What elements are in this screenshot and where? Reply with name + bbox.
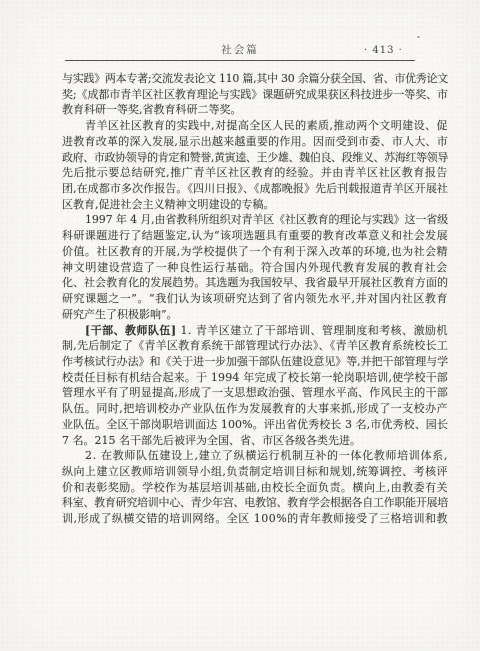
text-line: 与实践》两本专著;交流发表论文 110 篇,其中 30 余篇分获全国、省、市优秀… (62, 71, 448, 87)
line-text: 价值。社区教育的开展,为学校提供了一个有利于深入改革的环境,也为社会精 (62, 245, 448, 258)
line-text: 进教育改革的深入发展,显示出越来越重要的作用。因而受到市委、市人大、市 (62, 135, 448, 148)
body-text: 与实践》两本专著;交流发表论文 110 篇,其中 30 余篇分获全国、省、市优秀… (62, 71, 448, 527)
text-line: 神文明建设营造了一种良性运行基础。符合国内外现代教育发展的教育社会 (62, 260, 448, 276)
text-line: 队伍。同时,把培训校办产业队伍作为发展教育的大事来抓,形成了一支校办产 (62, 401, 448, 417)
line-text: 研究产生了积极影响”。 (62, 308, 178, 321)
text-line: 1997 年 4 月,由省教科所组织对青羊区《社区教育的理论与实践》这一省级 (62, 212, 448, 228)
text-line: 价和表彰奖励。学校作为基层培训基础,由校长全面负责。横向上,由教委有关 (62, 480, 448, 496)
text-line: [干部、教师队伍] 1. 青羊区建立了干部培训、管理制度和考核、激励机 (62, 323, 448, 339)
text-line: 进教育改革的深入发展,显示出越来越重要的作用。因而受到市委、市人大、市 (62, 134, 448, 150)
header-page-number: · 413 · (364, 44, 403, 57)
text-line: 训,形成了纵横交错的培训网络。全区 100%的青年教师接受了三格培训和教 (62, 511, 448, 527)
line-text: 化、社会教育化的发展趋势。其选题为我国较早、我省最早开展社区教育方面的 (62, 276, 448, 289)
line-text: 奖;《成都市青羊区社区教育理论与实践》课题研究成果获区科技进步一等奖、市 (62, 88, 448, 101)
text-line: 教育科研一等奖,省教育科研二等奖。 (62, 102, 448, 118)
text-line: 研究课题之一”。“我们认为该项研究达到了省内领先水平,并对国内社区教育 (62, 291, 448, 307)
header-section-title: 社会篇 (65, 43, 415, 57)
text-line: 价值。社区教育的开展,为学校提供了一个有利于深入改革的环境,也为社会精 (62, 244, 448, 260)
line-text: 团,在成都市多次作报告。《四川日报》、《成都晚报》先后刊载报道青羊区开展社 (62, 182, 448, 195)
line-text: 2. 在教师队伍建设上,建立了纵横运行机制互补的一体化教师培训体系, (85, 449, 448, 462)
text-line: 青羊区社区教育的实践中,对提高全区人民的素质,推动两个文明建设、促 (62, 118, 448, 134)
line-text: 教育科研一等奖,省教育科研二等奖。 (62, 103, 242, 116)
line-text: 科室、教育研究培训中心、青少年宫、电教馆、教育学会根据各自工作职能开展培 (62, 496, 448, 509)
text-line: 7 名。215 名干部先后被评为全国、省、市区各级各类先进。 (62, 433, 448, 449)
line-text: 先后批示要总结研究,推广青羊区社区教育的经验。并由青羊区社区教育报告 (62, 166, 448, 179)
header-rule (65, 60, 415, 61)
line-text: 价和表彰奖励。学校作为基层培训基础,由校长全面负责。横向上,由教委有关 (62, 481, 448, 494)
line-text: 管理水平有了明显提高,形成了一支思想政治强、管理水平高、作风民主的干部 (62, 386, 448, 399)
line-text: 业队伍。全区干部岗职培训面达 100%。评出省优秀校长 3 名,市优秀校、园长 (62, 418, 448, 431)
line-text: 队伍。同时,把培训校办产业队伍作为发展教育的大事来抓,形成了一支校办产 (62, 402, 448, 415)
scan-smudge (426, 513, 435, 518)
text-line: 作考核试行办法》和《关于进一步加强干部队伍建设意见》等,并把干部管理与学 (62, 354, 448, 370)
text-line: 科室、教育研究培训中心、青少年宫、电教馆、教育学会根据各自工作职能开展培 (62, 495, 448, 511)
text-line: 研究产生了积极影响”。 (62, 307, 448, 323)
text-line: 奖;《成都市青羊区社区教育理论与实践》课题研究成果获区科技进步一等奖、市 (62, 87, 448, 103)
text-line: 区教育,促进社会主义精神文明建设的专稿。 (62, 197, 448, 213)
line-text: 科研课题进行了结题鉴定,认为“该项选题具有重要的教育改革意义和社会发展 (62, 229, 448, 242)
line-text: 作考核试行办法》和《关于进一步加强干部队伍建设意见》等,并把干部管理与学 (62, 355, 448, 368)
line-text: 区教育,促进社会主义精神文明建设的专稿。 (62, 198, 275, 211)
text-line: 制,先后制定了《青羊区教育系统干部管理试行办法》、《青羊区教育系统校长工 (62, 338, 448, 354)
text-line: 校责任目标有机结合起来。于 1994 年完成了校长第一轮岗职培训,使学校干部 (62, 370, 448, 386)
line-text: 1. 青羊区建立了干部培训、管理制度和考核、激励机 (177, 324, 448, 337)
text-line: 管理水平有了明显提高,形成了一支思想政治强、管理水平高、作风民主的干部 (62, 385, 448, 401)
line-text: 7 名。215 名干部先后被评为全国、省、市区各级各类先进。 (62, 434, 361, 447)
scanned-page: 社会篇 · 413 · 与实践》两本专著;交流发表论文 110 篇,其中 30 … (0, 0, 480, 651)
section-heading: [干部、教师队伍] (85, 324, 177, 337)
line-text: 训,形成了纵横交错的培训网络。全区 100%的青年教师接受了三格培训和教 (62, 512, 448, 525)
text-line: 政府、市政协领导的肯定和赞誉,黄寅逵、王少雄、魏伯良、段维义、苏海红等领导 (62, 150, 448, 166)
line-text: 制,先后制定了《青羊区教育系统干部管理试行办法》、《青羊区教育系统校长工 (62, 339, 448, 352)
text-line: 业队伍。全区干部岗职培训面达 100%。评出省优秀校长 3 名,市优秀校、园长 (62, 417, 448, 433)
line-text: 校责任目标有机结合起来。于 1994 年完成了校长第一轮岗职培训,使学校干部 (62, 371, 448, 384)
line-text: 神文明建设营造了一种良性运行基础。符合国内外现代教育发展的教育社会 (62, 261, 448, 274)
scan-speck (417, 36, 420, 38)
line-text: 青羊区社区教育的实践中,对提高全区人民的素质,推动两个文明建设、促 (85, 119, 448, 132)
line-text: 研究课题之一”。“我们认为该项研究达到了省内领先水平,并对国内社区教育 (62, 292, 448, 305)
line-text: 政府、市政协领导的肯定和赞誉,黄寅逵、王少雄、魏伯良、段维义、苏海红等领导 (62, 151, 448, 164)
line-text: 纵向上建立区教师培训领导小组,负责制定培训目标和规划,统筹调控、考核评 (62, 465, 448, 478)
text-line: 先后批示要总结研究,推广青羊区社区教育的经验。并由青羊区社区教育报告 (62, 165, 448, 181)
line-text: 与实践》两本专著;交流发表论文 110 篇,其中 30 余篇分获全国、省、市优秀… (62, 72, 448, 85)
line-text: 1997 年 4 月,由省教科所组织对青羊区《社区教育的理论与实践》这一省级 (85, 213, 448, 226)
text-line: 团,在成都市多次作报告。《四川日报》、《成都晚报》先后刊载报道青羊区开展社 (62, 181, 448, 197)
text-line: 2. 在教师队伍建设上,建立了纵横运行机制互补的一体化教师培训体系, (62, 448, 448, 464)
text-line: 纵向上建立区教师培训领导小组,负责制定培训目标和规划,统筹调控、考核评 (62, 464, 448, 480)
text-line: 化、社会教育化的发展趋势。其选题为我国较早、我省最早开展社区教育方面的 (62, 275, 448, 291)
text-line: 科研课题进行了结题鉴定,认为“该项选题具有重要的教育改革意义和社会发展 (62, 228, 448, 244)
